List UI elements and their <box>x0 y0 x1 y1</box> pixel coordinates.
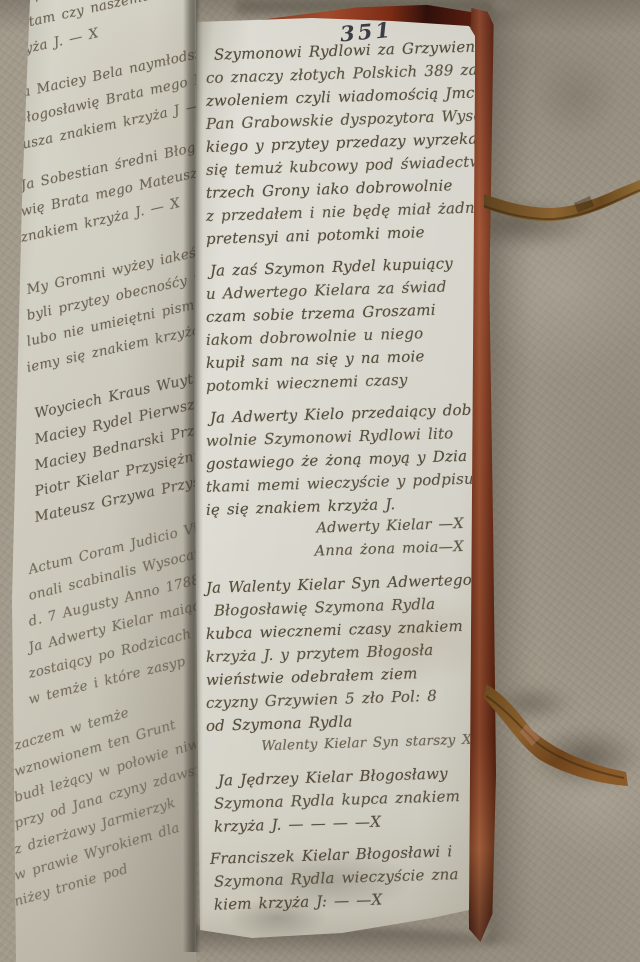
leather-strap-bottom <box>478 668 640 808</box>
paragraph: Ja Adwerty Kielo przedaiący dobro wolnie… <box>206 409 474 570</box>
paragraph: Franciszek Kielar Błogosławi i Szymona R… <box>206 850 474 919</box>
manuscript-photo: nek pełe Błogosławi wratam czy naszemu z… <box>0 0 640 962</box>
leather-strap-top <box>478 176 640 250</box>
paragraph: My Gromni wyżey iakeśmy byli przytey obe… <box>28 282 200 386</box>
paragraph: Szymonowi Rydlowi za Grzywien 22/21 co z… <box>206 46 474 253</box>
right-page: 351 Szymonowi Rydlowi za Grzywien 22/21 … <box>192 14 478 946</box>
left-page-text: nek pełe Błogosławi wratam czy naszemu z… <box>30 0 200 920</box>
paragraph: Ja zaś Szymon Rydel kupuiący u Adwertego… <box>206 262 474 400</box>
witness-list: Woyciech Kraus Wuyt —X Maciey Rydel Pier… <box>36 406 200 536</box>
paragraph: Ja Walenty Kielar Syn Adwertego Błogosła… <box>206 579 474 763</box>
left-page: nek pełe Błogosławi wratam czy naszemu z… <box>0 0 200 962</box>
right-page-text: Szymonowi Rydlowi za Grzywien 22/21 co z… <box>206 46 474 919</box>
paragraph: zaczem w temże wznowionem ten Grunt budł… <box>16 738 200 920</box>
paragraph: Ja Jędrzey Kielar Błogosławy Szymona Ryd… <box>206 772 474 841</box>
paragraph: Ja Sobestian średni Błogosła wię Brata m… <box>22 178 200 256</box>
